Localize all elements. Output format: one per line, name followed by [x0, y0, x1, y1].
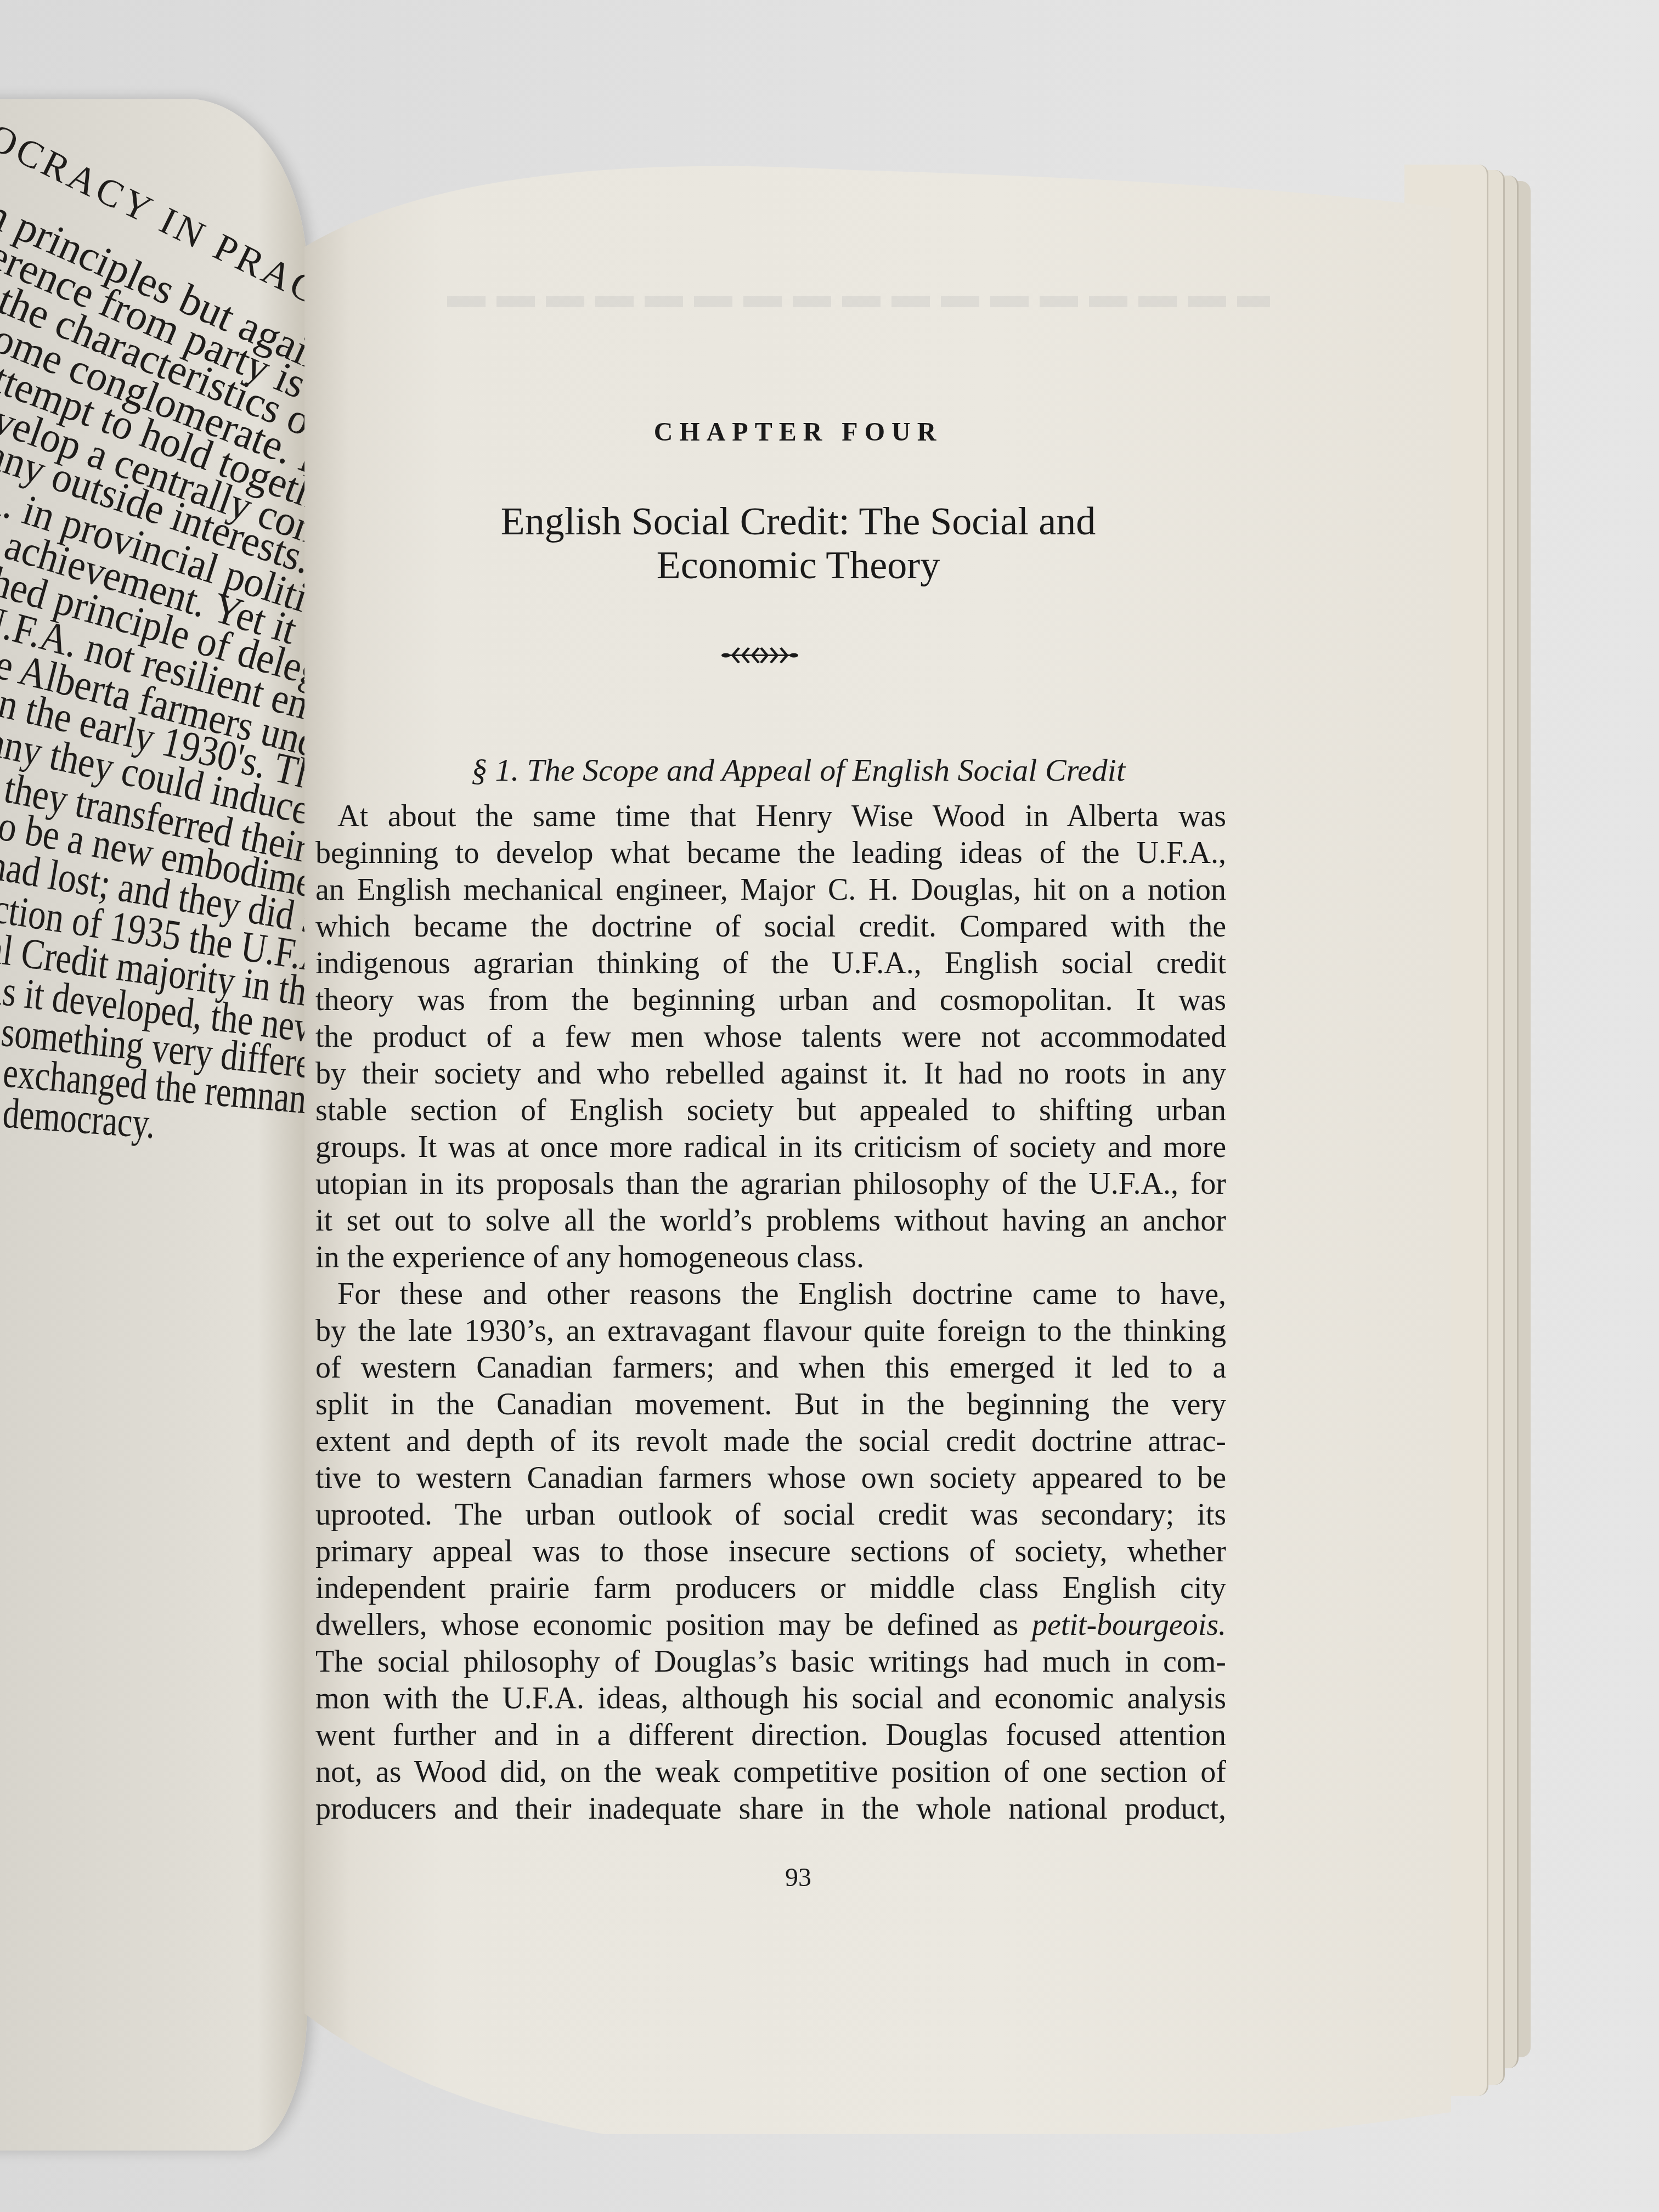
section-heading: § 1. The Scope and Appeal of English Soc… — [304, 752, 1292, 788]
body-line: an English mechanical engineer, Major C.… — [315, 872, 1226, 909]
chapter-title-line: English Social Credit: The Social and — [304, 499, 1292, 543]
body-line: The social philosophy of Douglas’s basic… — [315, 1644, 1226, 1680]
body-line: independent prairie farm producers or mi… — [315, 1570, 1226, 1607]
body-line: in the experience of any homogeneous cla… — [315, 1239, 1226, 1276]
body-line: which became the doctrine of social cred… — [315, 909, 1226, 945]
body-line: uprooted. The urban outlook of social cr… — [315, 1497, 1226, 1533]
body-line: theory was from the beginning urban and … — [315, 982, 1226, 1019]
body-line: At about the same time that Henry Wise W… — [315, 798, 1226, 835]
body-line: tive to western Canadian farmers whose o… — [315, 1460, 1226, 1497]
fleuron-ornament-icon — [721, 642, 798, 669]
chapter-title-line: Economic Theory — [304, 543, 1292, 587]
body-line: of western Canadian farmers; and when th… — [315, 1350, 1226, 1386]
body-line: the product of a few men whose talents w… — [315, 1019, 1226, 1056]
chapter-title: English Social Credit: The Social and Ec… — [304, 499, 1292, 587]
chapter-label: CHAPTER FOUR — [304, 417, 1292, 447]
body-line: extent and depth of its revolt made the … — [315, 1423, 1226, 1460]
body-text: At about the same time that Henry Wise W… — [315, 798, 1237, 1827]
paragraph: For these and other reasons the English … — [315, 1276, 1237, 1827]
body-line: For these and other reasons the English … — [315, 1276, 1226, 1313]
body-line: indigenous agrarian thinking of the U.F.… — [315, 945, 1226, 982]
body-line: by the late 1930’s, an extravagant flavo… — [315, 1313, 1226, 1350]
body-line: not, as Wood did, on the weak competitiv… — [315, 1754, 1226, 1791]
body-line: split in the Canadian movement. But in t… — [315, 1386, 1226, 1423]
right-page: CHAPTER FOUR English Social Credit: The … — [304, 159, 1451, 2134]
italic-phrase: petit-bourgeois. — [1018, 1608, 1226, 1642]
body-line: dwellers, whose economic position may be… — [315, 1607, 1226, 1644]
body-line: groups. It was at once more radical in i… — [315, 1129, 1226, 1166]
body-line: beginning to develop what became the lea… — [315, 835, 1226, 872]
body-line: mon with the U.F.A. ideas, although his … — [315, 1680, 1226, 1717]
body-line: producers and their inadequate share in … — [315, 1791, 1226, 1827]
body-line: stable section of English society but ap… — [315, 1092, 1226, 1129]
body-line: utopian in its proposals than the agrari… — [315, 1166, 1226, 1203]
page-number: 93 — [304, 1863, 1292, 1893]
body-line: went further and in a different directio… — [315, 1717, 1226, 1754]
body-line: primary appeal was to those insecure sec… — [315, 1533, 1226, 1570]
paragraph: At about the same time that Henry Wise W… — [315, 798, 1237, 1276]
left-page: OCRACY IN PRACTICE m principles but agai… — [0, 99, 307, 2151]
body-line: by their society and who rebelled agains… — [315, 1056, 1226, 1092]
body-line: it set out to solve all the world’s prob… — [315, 1203, 1226, 1239]
